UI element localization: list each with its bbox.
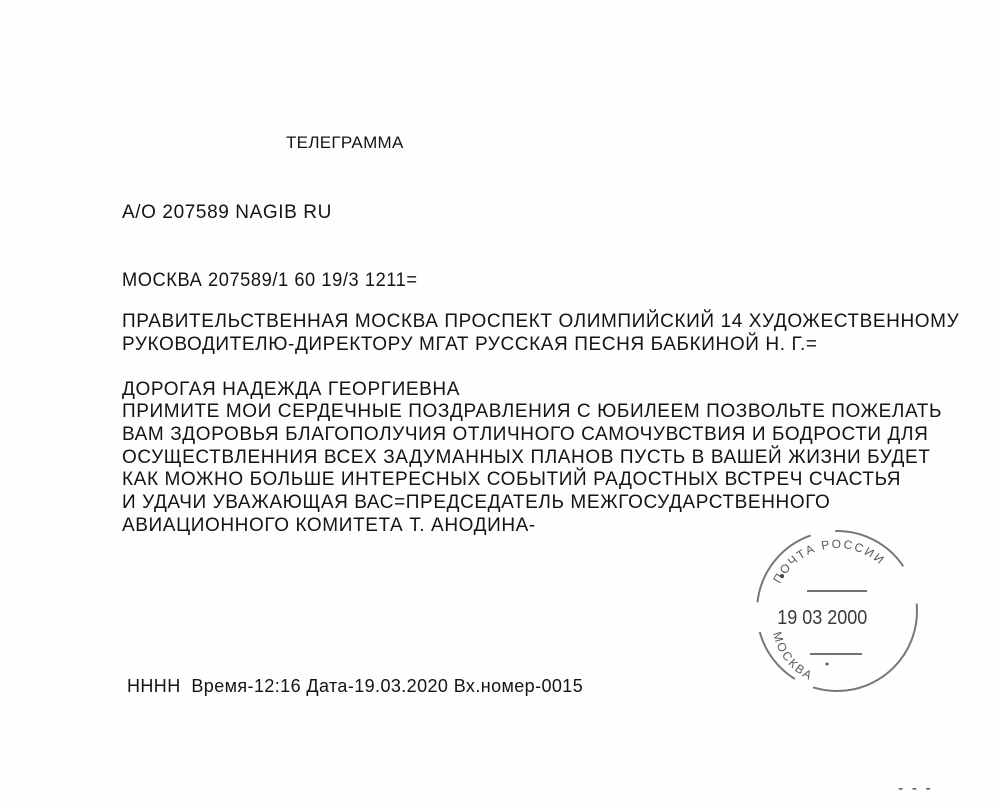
postmark-stamp: ПОЧТА РОССИИ МОСКВА 19 03 2000	[752, 526, 922, 696]
message-line: КАК МОЖНО БОЛЬШЕ ИНТЕРЕСНЫХ СОБЫТИЙ РАДО…	[122, 469, 901, 491]
message-line: И УДАЧИ УВАЖАЮЩАЯ ВАС=ПРЕДСЕДАТЕЛЬ МЕЖГО…	[122, 492, 830, 514]
telegram-title: ТЕЛЕГРАММА	[286, 133, 404, 153]
corner-mark: - - -	[898, 780, 933, 798]
address-line: А/О 207589 NAGIB RU	[122, 202, 332, 224]
stamp-date: 19 03 2000	[777, 607, 867, 629]
message-line: АВИАЦИОННОГО КОМИТЕТА Т. АНОДИНА-	[122, 515, 536, 537]
message-line: ОСУЩЕСТВЛЕННИЯ ВСЕХ ЗАДУМАННЫХ ПЛАНОВ ПУ…	[122, 447, 931, 469]
origin-line: МОСКВА 207589/1 60 19/3 1211=	[122, 270, 418, 292]
recipient-line: ПРАВИТЕЛЬСТВЕННАЯ МОСКВА ПРОСПЕКТ ОЛИМПИ…	[122, 311, 959, 333]
message-line: ВАМ ЗДОРОВЬЯ БЛАГОПОЛУЧИЯ ОТЛИЧНОГО САМО…	[122, 424, 928, 446]
recipient-line: РУКОВОДИТЕЛЮ-ДИРЕКТОРУ МГАТ РУССКАЯ ПЕСН…	[122, 334, 818, 356]
stamp-bottom-text: МОСКВА	[770, 630, 816, 683]
message-line: ПРИМИТЕ МОИ СЕРДЕЧНЫЕ ПОЗДРАВЛЕНИЯ С ЮБИ…	[122, 401, 942, 423]
svg-text:МОСКВА: МОСКВА	[770, 630, 816, 683]
footer-receipt-line: НННН Время-12:16 Дата-19.03.2020 Вх.номе…	[127, 676, 583, 697]
svg-text:ПОЧТА РОССИИ: ПОЧТА РОССИИ	[770, 537, 888, 586]
stamp-top-text: ПОЧТА РОССИИ	[770, 537, 888, 586]
message-line: ДОРОГАЯ НАДЕЖДА ГЕОРГИЕВНА	[122, 379, 460, 401]
stamp-dot	[780, 574, 784, 578]
